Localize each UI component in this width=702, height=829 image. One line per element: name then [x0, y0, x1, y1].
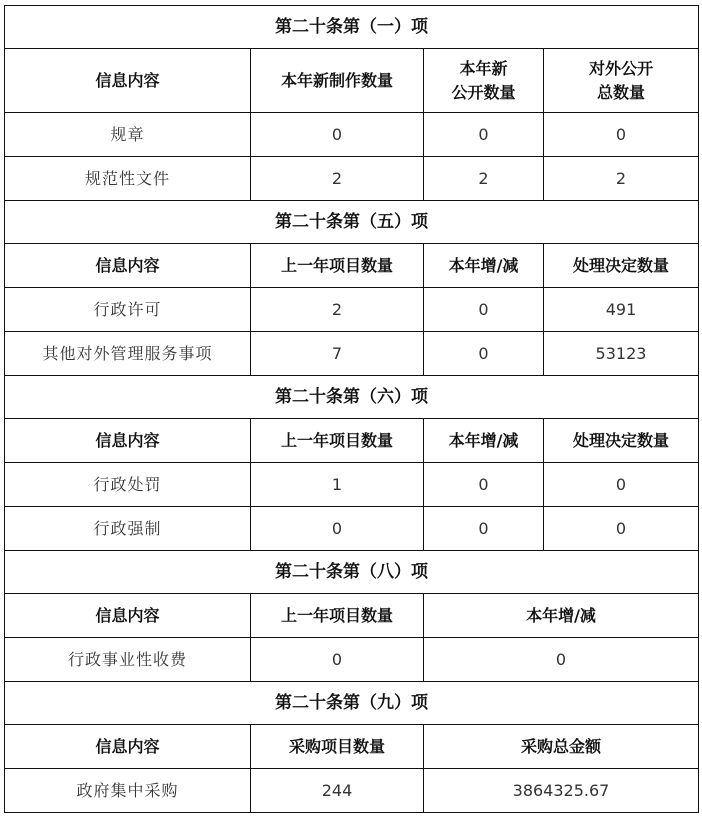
section-title: 第二十条第（九）项: [5, 682, 699, 725]
cell-value: 2: [251, 157, 424, 201]
cell-value: 244: [251, 769, 424, 813]
header-cell: 对外公开 总数量: [544, 49, 699, 113]
cell-value: 0: [424, 332, 544, 376]
cell-value: 53123: [544, 332, 699, 376]
cell-value: 0: [424, 463, 544, 507]
row-label: 政府集中采购: [5, 769, 251, 813]
cell-value: 3864325.67: [424, 769, 699, 813]
cell-value: 0: [424, 288, 544, 332]
section-title-row: 第二十条第（一）项: [5, 6, 699, 49]
information-disclosure-table: 第二十条第（一）项 信息内容 本年新制作数量 本年新 公开数量 对外公开 总数量…: [4, 5, 699, 813]
cell-value: 7: [251, 332, 424, 376]
header-cell: 本年增/减: [424, 419, 544, 463]
row-label: 行政许可: [5, 288, 251, 332]
header-cell: 信息内容: [5, 594, 251, 638]
cell-value: 0: [544, 463, 699, 507]
cell-value: 491: [544, 288, 699, 332]
table-row: 行政事业性收费 0 0: [5, 638, 699, 682]
row-label: 规范性文件: [5, 157, 251, 201]
header-cell: 采购总金额: [424, 725, 699, 769]
row-label: 其他对外管理服务事项: [5, 332, 251, 376]
section-title: 第二十条第（一）项: [5, 6, 699, 49]
header-row: 信息内容 上一年项目数量 本年增/减 处理决定数量: [5, 244, 699, 288]
row-label: 行政强制: [5, 507, 251, 551]
cell-value: 0: [251, 113, 424, 157]
table-row: 其他对外管理服务事项 7 0 53123: [5, 332, 699, 376]
row-label: 规章: [5, 113, 251, 157]
cell-value: 2: [251, 288, 424, 332]
table-row: 行政许可 2 0 491: [5, 288, 699, 332]
header-cell: 本年增/减: [424, 594, 699, 638]
header-row: 信息内容 本年新制作数量 本年新 公开数量 对外公开 总数量: [5, 49, 699, 113]
table-row: 政府集中采购 244 3864325.67: [5, 769, 699, 813]
cell-value: 0: [544, 507, 699, 551]
header-cell: 本年新 公开数量: [424, 49, 544, 113]
header-cell: 本年增/减: [424, 244, 544, 288]
header-row: 信息内容 上一年项目数量 本年增/减 处理决定数量: [5, 419, 699, 463]
row-label: 行政处罚: [5, 463, 251, 507]
header-cell: 信息内容: [5, 244, 251, 288]
section-title-row: 第二十条第（八）项: [5, 551, 699, 594]
section-title-row: 第二十条第（六）项: [5, 376, 699, 419]
cell-value: 2: [544, 157, 699, 201]
header-row: 信息内容 上一年项目数量 本年增/减: [5, 594, 699, 638]
header-cell: 上一年项目数量: [251, 244, 424, 288]
cell-value: 0: [424, 638, 699, 682]
header-cell: 信息内容: [5, 419, 251, 463]
cell-value: 0: [251, 507, 424, 551]
cell-value: 0: [424, 113, 544, 157]
table-row: 行政处罚 1 0 0: [5, 463, 699, 507]
header-cell: 上一年项目数量: [251, 419, 424, 463]
row-label: 行政事业性收费: [5, 638, 251, 682]
header-cell: 信息内容: [5, 725, 251, 769]
header-cell: 采购项目数量: [251, 725, 424, 769]
header-cell: 处理决定数量: [544, 419, 699, 463]
section-title-row: 第二十条第（九）项: [5, 682, 699, 725]
table-row: 规范性文件 2 2 2: [5, 157, 699, 201]
header-cell: 信息内容: [5, 49, 251, 113]
section-title: 第二十条第（六）项: [5, 376, 699, 419]
cell-value: 1: [251, 463, 424, 507]
section-title: 第二十条第（五）项: [5, 201, 699, 244]
cell-value: 0: [424, 507, 544, 551]
header-cell: 本年新制作数量: [251, 49, 424, 113]
header-cell: 上一年项目数量: [251, 594, 424, 638]
cell-value: 0: [251, 638, 424, 682]
table-row: 规章 0 0 0: [5, 113, 699, 157]
cell-value: 2: [424, 157, 544, 201]
header-cell: 处理决定数量: [544, 244, 699, 288]
cell-value: 0: [544, 113, 699, 157]
section-title: 第二十条第（八）项: [5, 551, 699, 594]
section-title-row: 第二十条第（五）项: [5, 201, 699, 244]
table-row: 行政强制 0 0 0: [5, 507, 699, 551]
header-row: 信息内容 采购项目数量 采购总金额: [5, 725, 699, 769]
